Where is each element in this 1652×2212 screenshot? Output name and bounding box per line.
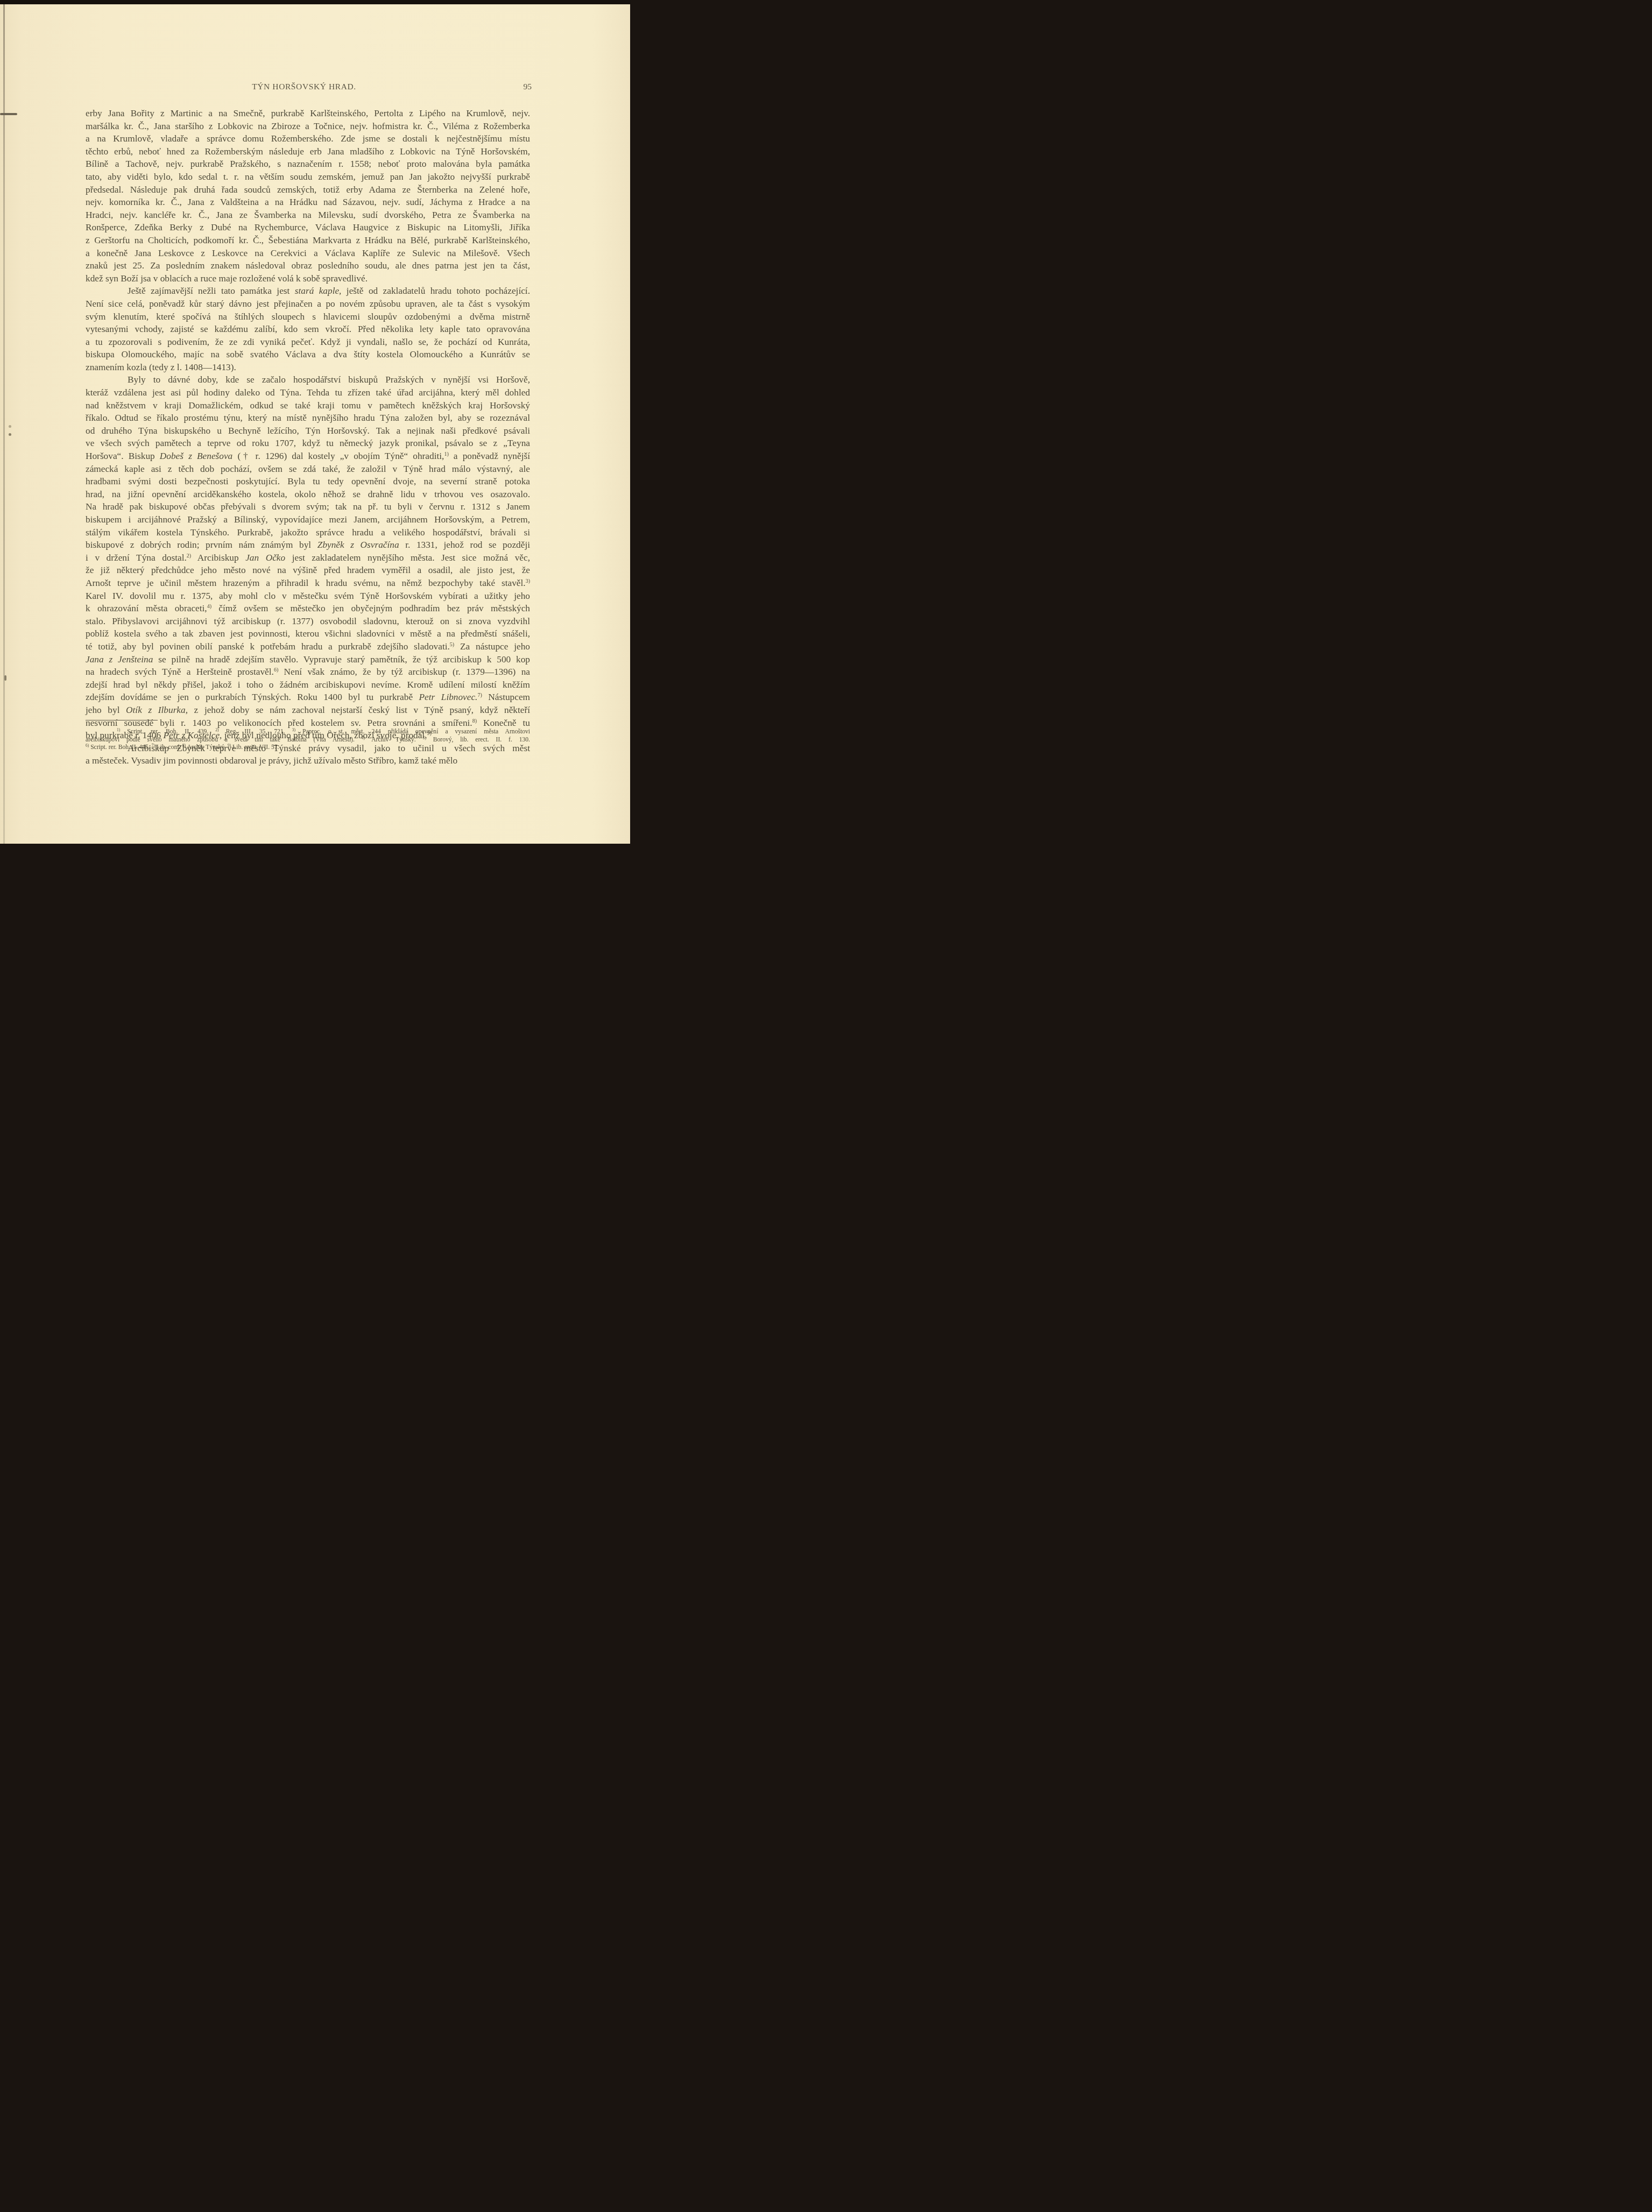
text-line: na hradech svých Týně a Heršteině prosta…	[86, 666, 530, 679]
text-line: ve všech svých pamětech a teprve od roku…	[86, 437, 530, 450]
text-line: a tu zpozorovali s podivením, že ze zdi …	[86, 336, 530, 349]
text-line: znaků jest 25. Za posledním znakem násle…	[86, 259, 530, 272]
text-line: Jana z Jenšteina se pilně na hradě zdejš…	[86, 653, 530, 666]
text-line: biskupem i arcijáhnové Pražský a Bílinsk…	[86, 513, 530, 526]
page-number: 95	[524, 82, 532, 92]
text-line: zámecká kaple asi z těch dob pochází, ov…	[86, 463, 530, 476]
text-line: a na Krumlově, vladaře a správce domu Ro…	[86, 132, 530, 145]
footnote-ref: 1)	[444, 451, 448, 457]
text-line: Ještě zajímavější nežli tato památka jes…	[86, 285, 530, 298]
text-line: kteráž vzdálena jest asi půl hodiny dale…	[86, 386, 530, 399]
text-line: Karel IV. dovolil mu r. 1375, aby mohl c…	[86, 590, 530, 603]
text-line: erby Jana Bořity z Martinic a na Smečně,…	[86, 107, 530, 120]
footnote-ref: 5)	[450, 642, 454, 648]
footnote-line: 1) Script. rer. Boh. II. 439. 2) Reg. II…	[86, 728, 530, 736]
text-line: hradbami svými dosti bezpečnosti poskytu…	[86, 475, 530, 488]
text-line: Ronšperce, Zdeňka Berky z Dubé na Rychem…	[86, 221, 530, 234]
footnote-ref: 8)	[182, 743, 186, 748]
scan-speck	[9, 425, 11, 428]
text-line: Horšova“. Biskup Dobeš z Benešova († r. …	[86, 450, 530, 463]
text-line: zdejším dovídáme se jen o purkrabích Týn…	[86, 691, 530, 704]
footnote-ref: 9)	[228, 743, 231, 748]
scan-edge	[0, 0, 630, 4]
footnote-ref: 3)	[292, 727, 295, 732]
text-line: hrad, na jižní opevnění arciděkanského k…	[86, 488, 530, 501]
text-line: Bílině a Tachově, nejv. purkrabě Pražské…	[86, 158, 530, 171]
text-line: předsedal. Následuje pak druhá řada soud…	[86, 183, 530, 196]
text-line: nejv. komorníka kr. Č., Jana z Valdštein…	[86, 196, 530, 209]
text-line: i v držení Týna dostal.2) Arcibiskup Jan…	[86, 552, 530, 564]
binding-gutter	[3, 4, 5, 844]
footnote-line: arcibiskupovi podlé svého matného způsob…	[86, 736, 530, 744]
book-page: TÝN HORŠOVSKÝ HRAD. 95 erby Jana Bořity …	[0, 0, 630, 844]
footnote-ref: 6)	[274, 667, 278, 673]
footnote-ref: 2)	[215, 727, 218, 732]
text-line: nesvorní sousedé byli r. 1403 po velikon…	[86, 717, 530, 730]
footnote-ref: 8)	[472, 718, 477, 724]
text-line: maršálka kr. Č., Jana staršího z Lobkovi…	[86, 120, 530, 133]
running-head: TÝN HORŠOVSKÝ HRAD. 95	[81, 80, 527, 95]
text-line: Hradci, nejv. kancléře kr. Č., Jana ze Š…	[86, 209, 530, 222]
footnote-ref: 4)	[362, 736, 365, 740]
scan-speck	[9, 433, 11, 436]
text-line: od druhého Týna biskupského u Bechyně le…	[86, 425, 530, 437]
text-line: svým klenutím, které spočívá na štíhlých…	[86, 310, 530, 323]
text-line: říkalo. Odtud se říkalo prostému týnu, k…	[86, 412, 530, 425]
footnote-ref: 7)	[477, 692, 482, 698]
footnote-rule	[86, 720, 158, 720]
text-line: Arnošt teprve je učinil městem hrazeným …	[86, 577, 530, 590]
italic-name: stará kaple	[295, 286, 339, 296]
body-text: erby Jana Bořity z Martinic a na Smečně,…	[86, 107, 530, 767]
running-title: TÝN HORŠOVSKÝ HRAD.	[81, 82, 527, 92]
italic-name: Zbyněk z Osvračína	[317, 540, 399, 550]
text-line: zdejší hrad byl někdy přišel, jakož i to…	[86, 679, 530, 691]
text-line: tato, aby viděti bylo, kdo sedal t. r. n…	[86, 171, 530, 183]
footnote-ref: 5)	[423, 736, 426, 740]
text-line: stálým vikářem kostela Týnského. Purkrab…	[86, 526, 530, 539]
footnote-ref: 3)	[526, 578, 530, 584]
text-line: Byly to dávné doby, kde se začalo hospod…	[86, 373, 530, 386]
text-line: biskupové z dobrých rodin; prvním nám zn…	[86, 539, 530, 552]
scan-speck	[4, 675, 6, 681]
text-line: Není sice celá, poněvadž kůr starý dávno…	[86, 298, 530, 310]
italic-name: Jan Očko	[245, 553, 285, 563]
text-line: stalo. Přibyslavovi arcijáhnovi týž arci…	[86, 615, 530, 628]
footnote-ref: 4)	[207, 604, 211, 610]
text-line: že již některý předchůdce jeho město nov…	[86, 564, 530, 577]
text-line: vytesanými vchody, zajisté se každému za…	[86, 323, 530, 336]
text-line: poblíž kostela svého a tak zbaven jest p…	[86, 627, 530, 640]
text-line: té totiž, aby byl povinen obilí panské k…	[86, 640, 530, 653]
footnotes: 1) Script. rer. Boh. II. 439. 2) Reg. II…	[86, 728, 530, 752]
italic-name: Dobeš z Benešova	[160, 451, 232, 461]
italic-name: Jana z Jenšteina	[86, 654, 153, 665]
italic-name: Otík z Ilburka	[126, 705, 186, 715]
paragraph: Byly to dávné doby, kde se začalo hospod…	[86, 373, 530, 741]
text-line: a konečně Jana Leskovce z Leskovce na Ce…	[86, 247, 530, 260]
footnote-line: 6) Script. rer. Boh. II. 445. 7) Lib. co…	[86, 744, 530, 752]
paragraph: Ještě zajímavější nežli tato památka jes…	[86, 285, 530, 373]
footnote-ref: 7)	[152, 743, 155, 748]
text-line: znamením kozla (tedy z l. 1408—1413).	[86, 361, 530, 374]
text-line: Na hradě pak biskupové občas přebývali s…	[86, 500, 530, 513]
text-line: biskupa Olomouckého, majíc na sobě svaté…	[86, 348, 530, 361]
binding-mark	[0, 113, 17, 115]
text-line: jeho byl Otík z Ilburka, z jehož doby se…	[86, 704, 530, 717]
footnote-ref: 2)	[187, 553, 191, 559]
footnote-ref: 1)	[117, 727, 120, 732]
paragraph: erby Jana Bořity z Martinic a na Smečně,…	[86, 107, 530, 285]
text-line: těchto erbů, neboť hned za Rožemberským …	[86, 145, 530, 158]
text-line: k ohrazování města obraceti,4) čímž ovše…	[86, 602, 530, 615]
text-line: kdež syn Boží jsa v oblacích a ruce maje…	[86, 272, 530, 285]
italic-name: Petr Libnovec.	[419, 692, 478, 702]
text-line: nad kněžstvem v kraji Domažlickém, odkud…	[86, 399, 530, 412]
text-line: z Gerštorfu na Cholticích, podkomoří kr.…	[86, 234, 530, 247]
footnote-ref: 6)	[86, 743, 89, 748]
text-line: a městeček. Vysadiv jim povinnosti obdar…	[86, 754, 530, 767]
